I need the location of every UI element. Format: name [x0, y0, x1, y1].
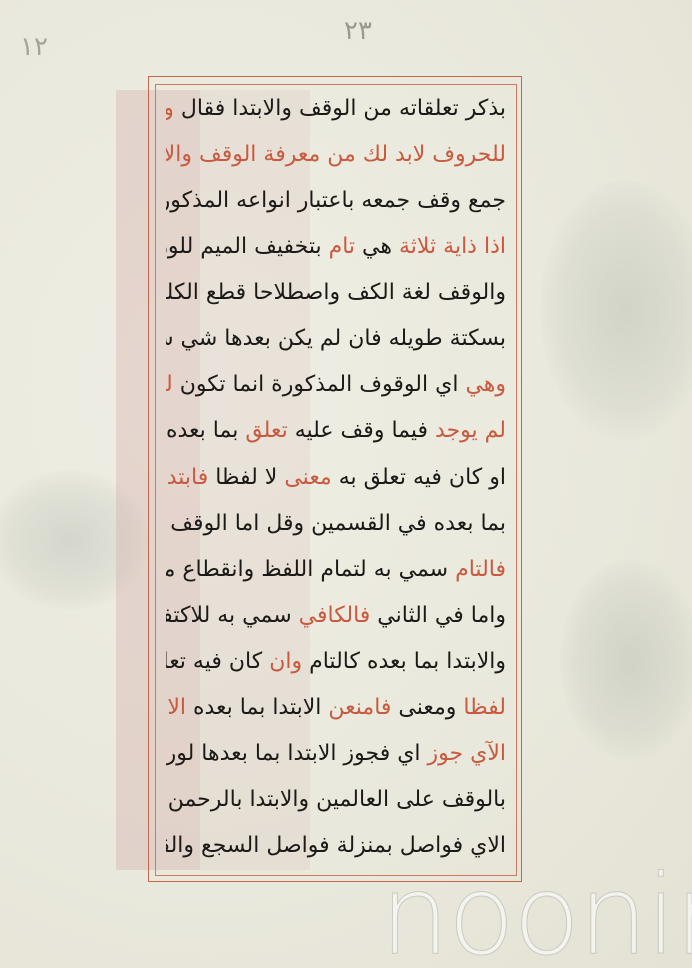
body-text: فيما وقف عليه [288, 418, 435, 443]
rubric-text: معنى [284, 465, 331, 490]
manuscript-line: جمع وقف جمعه باعتبار انواعه المذكورة بقو… [166, 182, 506, 219]
rubric-text: اذا ذاية ثلاثة [399, 234, 506, 259]
manuscript-line: للحروف لابد لك من معرفة الوقف والابتدا و… [166, 136, 506, 173]
rubric-text: فابتدي [166, 465, 208, 490]
body-text: والوقف لغة الكف واصطلاحا قطع الكلمة عما … [166, 280, 506, 305]
rubric-text: من معرفة الوقف والابتدا [166, 142, 356, 167]
manuscript-line: بسكتة طويله فان لم يكن بعدها شي سمي ذلك … [166, 320, 506, 357]
rubric-text: الآي جوز [428, 741, 506, 766]
body-text: جمع وقف جمعه باعتبار انواعه المذكورة بقو… [166, 188, 506, 213]
rubric-text: وبعد [166, 96, 174, 121]
rubric-text: الا روس [166, 695, 186, 720]
rubric-text: فالتام [455, 557, 506, 582]
watermark-logo: noonin [380, 860, 692, 968]
rubric-text: للحروف لابد لك [356, 142, 506, 167]
body-text: اي فجوز الابتدا بما بعدها لورود السنة [166, 741, 428, 766]
body-text: سمي به لتمام اللفظ وانقطاع ما بعده عنه [166, 557, 455, 582]
manuscript-line: لفظا ومعنى فامنعن الابتدا بما بعده الا ر… [166, 689, 506, 726]
body-text: كان فيه تعلق بما بعده [166, 649, 269, 674]
body-text: لا لفظا [208, 465, 284, 490]
manuscript-line: واما في الثاني فالكافي سمي به للاكتفا با… [166, 597, 506, 634]
manuscript-line: فالتام سمي به لتمام اللفظ وانقطاع ما بعد… [166, 551, 506, 588]
body-text: واما في الثاني [370, 603, 506, 628]
manuscript-line: بذكر تعلقاته من الوقف والابتدا فقال وبعد… [166, 90, 506, 127]
ink-bleed-stain [560, 560, 692, 760]
manuscript-line: بما بعده في القسمين وقل اما الوقف في الا… [166, 505, 506, 542]
body-text: او كان فيه تعلق به [332, 465, 506, 490]
rubric-text: وهي [465, 372, 506, 397]
page-number: ٢٣ [344, 16, 372, 46]
rubric-text: فامنعن [328, 695, 391, 720]
rubric-text: تام [329, 234, 355, 259]
rubric-text: فالكافي [299, 603, 371, 628]
manuscript-line: اذا ذاية ثلاثة هي تام بتخفيف الميم للوزن… [166, 228, 506, 265]
ink-bleed-stain [540, 180, 692, 440]
body-text: بتخفيف الميم للوزن [166, 234, 329, 259]
manuscript-line: والابتدا بما بعده كالتام وان كان فيه تعل… [166, 643, 506, 680]
rubric-text: وان [269, 649, 302, 674]
manuscript-page: ٢٣ ١٢ بذكر تعلقاته من الوقف والابتدا فقا… [0, 0, 692, 968]
manuscript-line: بالوقف على العالمين والابتدا بالرحمن لان… [166, 781, 506, 818]
body-text: بذكر تعلقاته من الوقف والابتدا فقال [174, 96, 506, 121]
body-text: اي الوقوف المذكورة انما تكون [173, 372, 466, 397]
body-text: بما بعده لا لفظا ولا معنى [166, 418, 245, 443]
manuscript-line: لم يوجد فيما وقف عليه تعلق بما بعده لا ل… [166, 412, 506, 449]
rubric-text: لفظا [463, 695, 506, 720]
body-text: هي [355, 234, 399, 259]
manuscript-line: الآي جوز اي فجوز الابتدا بما بعدها لورود… [166, 735, 506, 772]
body-text: سمي به للاكتفا بالوقف عليه [166, 603, 299, 628]
body-text: ومعنى [391, 695, 463, 720]
manuscript-text-block: بذكر تعلقاته من الوقف والابتدا فقال وبعد… [160, 86, 512, 870]
body-text: والابتدا بما بعده كالتام [302, 649, 506, 674]
manuscript-line: او كان فيه تعلق به معنى لا لفظا فابتدي ا… [166, 459, 506, 496]
folio-number: ١٢ [20, 32, 48, 62]
body-text: بسكتة طويله فان لم يكن بعدها شي سمي ذلك … [166, 326, 506, 351]
manuscript-line: وهي اي الوقوف المذكورة انما تكون لما تم … [166, 366, 506, 403]
manuscript-line: والوقف لغة الكف واصطلاحا قطع الكلمة عما … [166, 274, 506, 311]
rubric-text: لما تم [166, 372, 173, 397]
body-text: بما بعده في القسمين وقل اما الوقف في الا… [166, 511, 506, 536]
rubric-text: تعلق [245, 418, 287, 443]
rubric-text: لم يوجد [435, 418, 506, 443]
body-text: الابتدا بما بعده [186, 695, 328, 720]
body-text: بالوقف على العالمين والابتدا بالرحمن لان… [166, 787, 506, 812]
